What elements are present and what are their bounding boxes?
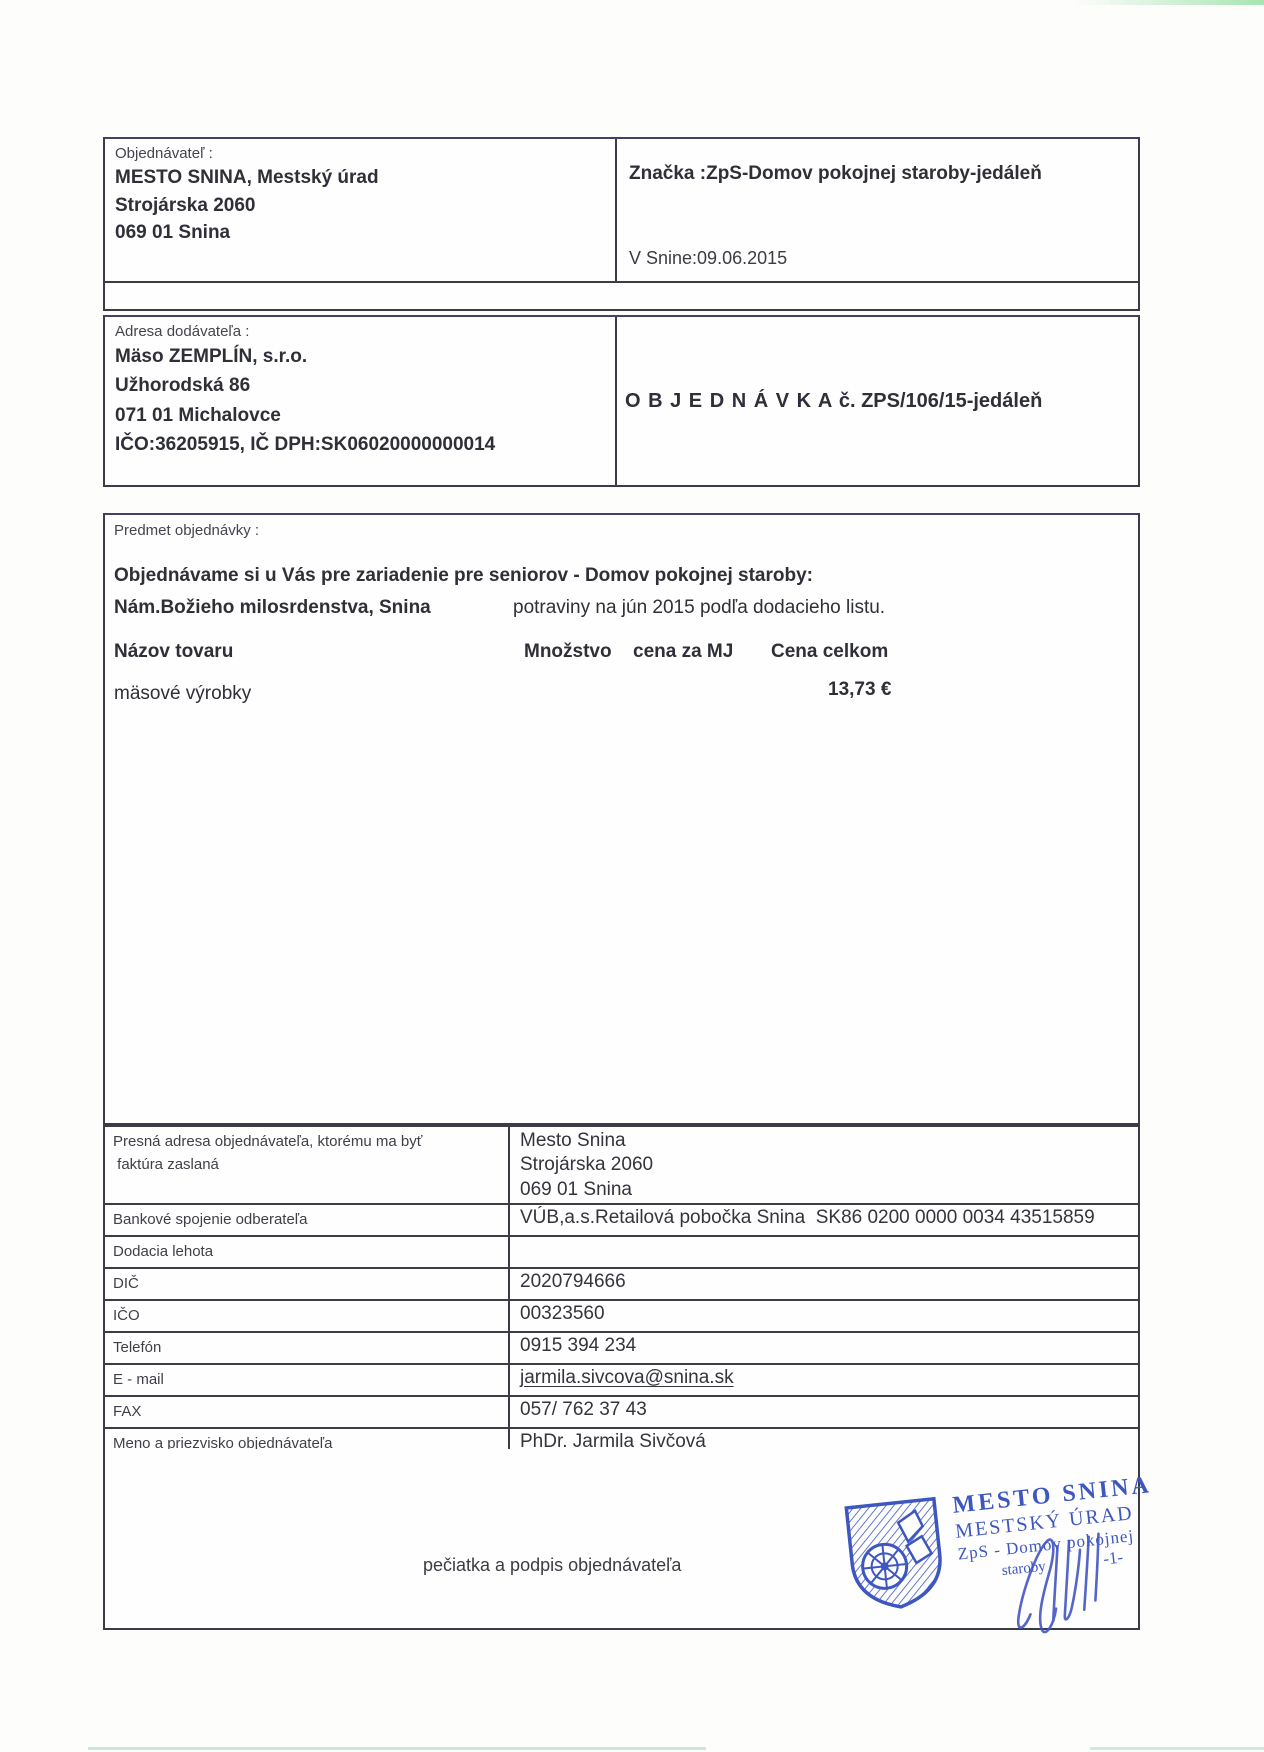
scan-artifact-bottom-left: [88, 1747, 706, 1750]
supplier-cell: Adresa dodávateľa : Mäso ZEMPLÍN, s.r.o.…: [105, 317, 617, 485]
column-header-unit-price: cena za MJ: [633, 641, 733, 663]
supplier-name: Mäso ZEMPLÍN, s.r.o.: [115, 342, 605, 371]
row-value-invoice-address: Mesto Snina Strojárska 2060 069 01 Snina: [510, 1127, 1138, 1203]
orderer-mark-box: Objednávateľ : MESTO SNINA, Mestský úrad…: [103, 137, 1140, 283]
table-row: Dodacia lehota: [105, 1237, 1138, 1269]
spacer-strip: [103, 283, 1140, 311]
order-subject-box: Predmet objednávky : Objednávame si u Vá…: [103, 513, 1140, 1125]
column-header-total-price: Cena celkom: [771, 641, 888, 663]
signature-icon: [993, 1507, 1155, 1642]
orderer-label: Objednávateľ :: [115, 145, 605, 162]
orderer-city: 069 01 Snina: [115, 219, 605, 247]
row-label-delivery-term: Dodacia lehota: [105, 1237, 510, 1267]
subject-period: potraviny na jún 2015 podľa dodacieho li…: [513, 597, 885, 619]
order-word: O B J E D N Á V K A: [625, 390, 833, 412]
row-label-email: E - mail: [105, 1365, 510, 1395]
place-and-date: V Snine:09.06.2015: [629, 248, 787, 269]
row-label-phone: Telefón: [105, 1333, 510, 1363]
stamp-caption: pečiatka a podpis objednávateľa: [423, 1555, 681, 1576]
column-header-name: Názov tovaru: [114, 641, 233, 663]
subject-intro: Objednávame si u Vás pre zariadenie pre …: [114, 565, 813, 587]
table-row: E - mail jarmila.sivcova@snina.sk: [105, 1365, 1138, 1397]
table-row: Bankové spojenie odberateľa VÚB,a.s.Reta…: [105, 1205, 1138, 1237]
mark-cell: Značka :ZpS-Domov pokojnej staroby-jedál…: [617, 139, 1138, 281]
order-title: O B J E D N Á V K A č. ZPS/106/15-jedále…: [625, 390, 1042, 413]
row-value-phone: 0915 394 234: [510, 1333, 1138, 1363]
supplier-street: Užhorodská 86: [115, 371, 605, 400]
row-value-email: jarmila.sivcova@snina.sk: [510, 1365, 1138, 1395]
row-value-delivery-term: [510, 1237, 1138, 1267]
order-number-cell: O B J E D N Á V K A č. ZPS/106/15-jedále…: [617, 317, 1138, 485]
supplier-ids: IČO:36205915, IČ DPH:SK06020000000014: [115, 430, 605, 459]
row-label-bank: Bankové spojenie odberateľa: [105, 1205, 510, 1235]
column-header-quantity: Množstvo: [524, 641, 612, 663]
table-row: DIČ 2020794666: [105, 1269, 1138, 1301]
reference-mark: Značka :ZpS-Domov pokojnej staroby-jedál…: [629, 163, 1126, 185]
supplier-label: Adresa dodávateľa :: [115, 323, 605, 340]
orderer-cell: Objednávateľ : MESTO SNINA, Mestský úrad…: [105, 139, 617, 281]
scan-artifact-bottom-right: [1090, 1747, 1264, 1750]
item-total-price: 13,73 €: [828, 679, 891, 701]
item-name: mäsové výrobky: [114, 683, 251, 705]
order-number: č. ZPS/106/15-jedáleň: [833, 390, 1042, 412]
supplier-city: 071 01 Michalovce: [115, 401, 605, 430]
table-row: Presná adresa objednávateľa, ktorému ma …: [105, 1127, 1138, 1205]
table-row: FAX 057/ 762 37 43: [105, 1397, 1138, 1429]
orderer-details-table: Presná adresa objednávateľa, ktorému ma …: [103, 1125, 1140, 1493]
subject-address: Nám.Božieho milosrdenstva, Snina: [114, 597, 431, 619]
orderer-street: Strojárska 2060: [115, 192, 605, 220]
row-value-dic: 2020794666: [510, 1269, 1138, 1299]
supplier-order-box: Adresa dodávateľa : Mäso ZEMPLÍN, s.r.o.…: [103, 315, 1140, 487]
row-label-fax: FAX: [105, 1397, 510, 1427]
stamp-signature-box: pečiatka a podpis objednávateľa MESTO SN: [103, 1449, 1140, 1630]
row-label-dic: DIČ: [105, 1269, 510, 1299]
row-label-ico: IČO: [105, 1301, 510, 1331]
orderer-name: MESTO SNINA, Mestský úrad: [115, 164, 605, 192]
table-row: IČO 00323560: [105, 1301, 1138, 1333]
scan-artifact-top: [1075, 0, 1264, 5]
row-value-bank: VÚB,a.s.Retailová pobočka Snina SK86 020…: [510, 1205, 1138, 1235]
row-label-invoice-address: Presná adresa objednávateľa, ktorému ma …: [105, 1127, 510, 1203]
snina-coat-of-arms-icon: [840, 1494, 951, 1616]
row-value-ico: 00323560: [510, 1301, 1138, 1331]
row-value-fax: 057/ 762 37 43: [510, 1397, 1138, 1427]
subject-label: Predmet objednávky :: [114, 522, 259, 539]
table-row: Telefón 0915 394 234: [105, 1333, 1138, 1365]
official-stamp: MESTO SNINA MESTSKÝ ÚRAD ZpS - Domov pok…: [840, 1466, 1185, 1660]
